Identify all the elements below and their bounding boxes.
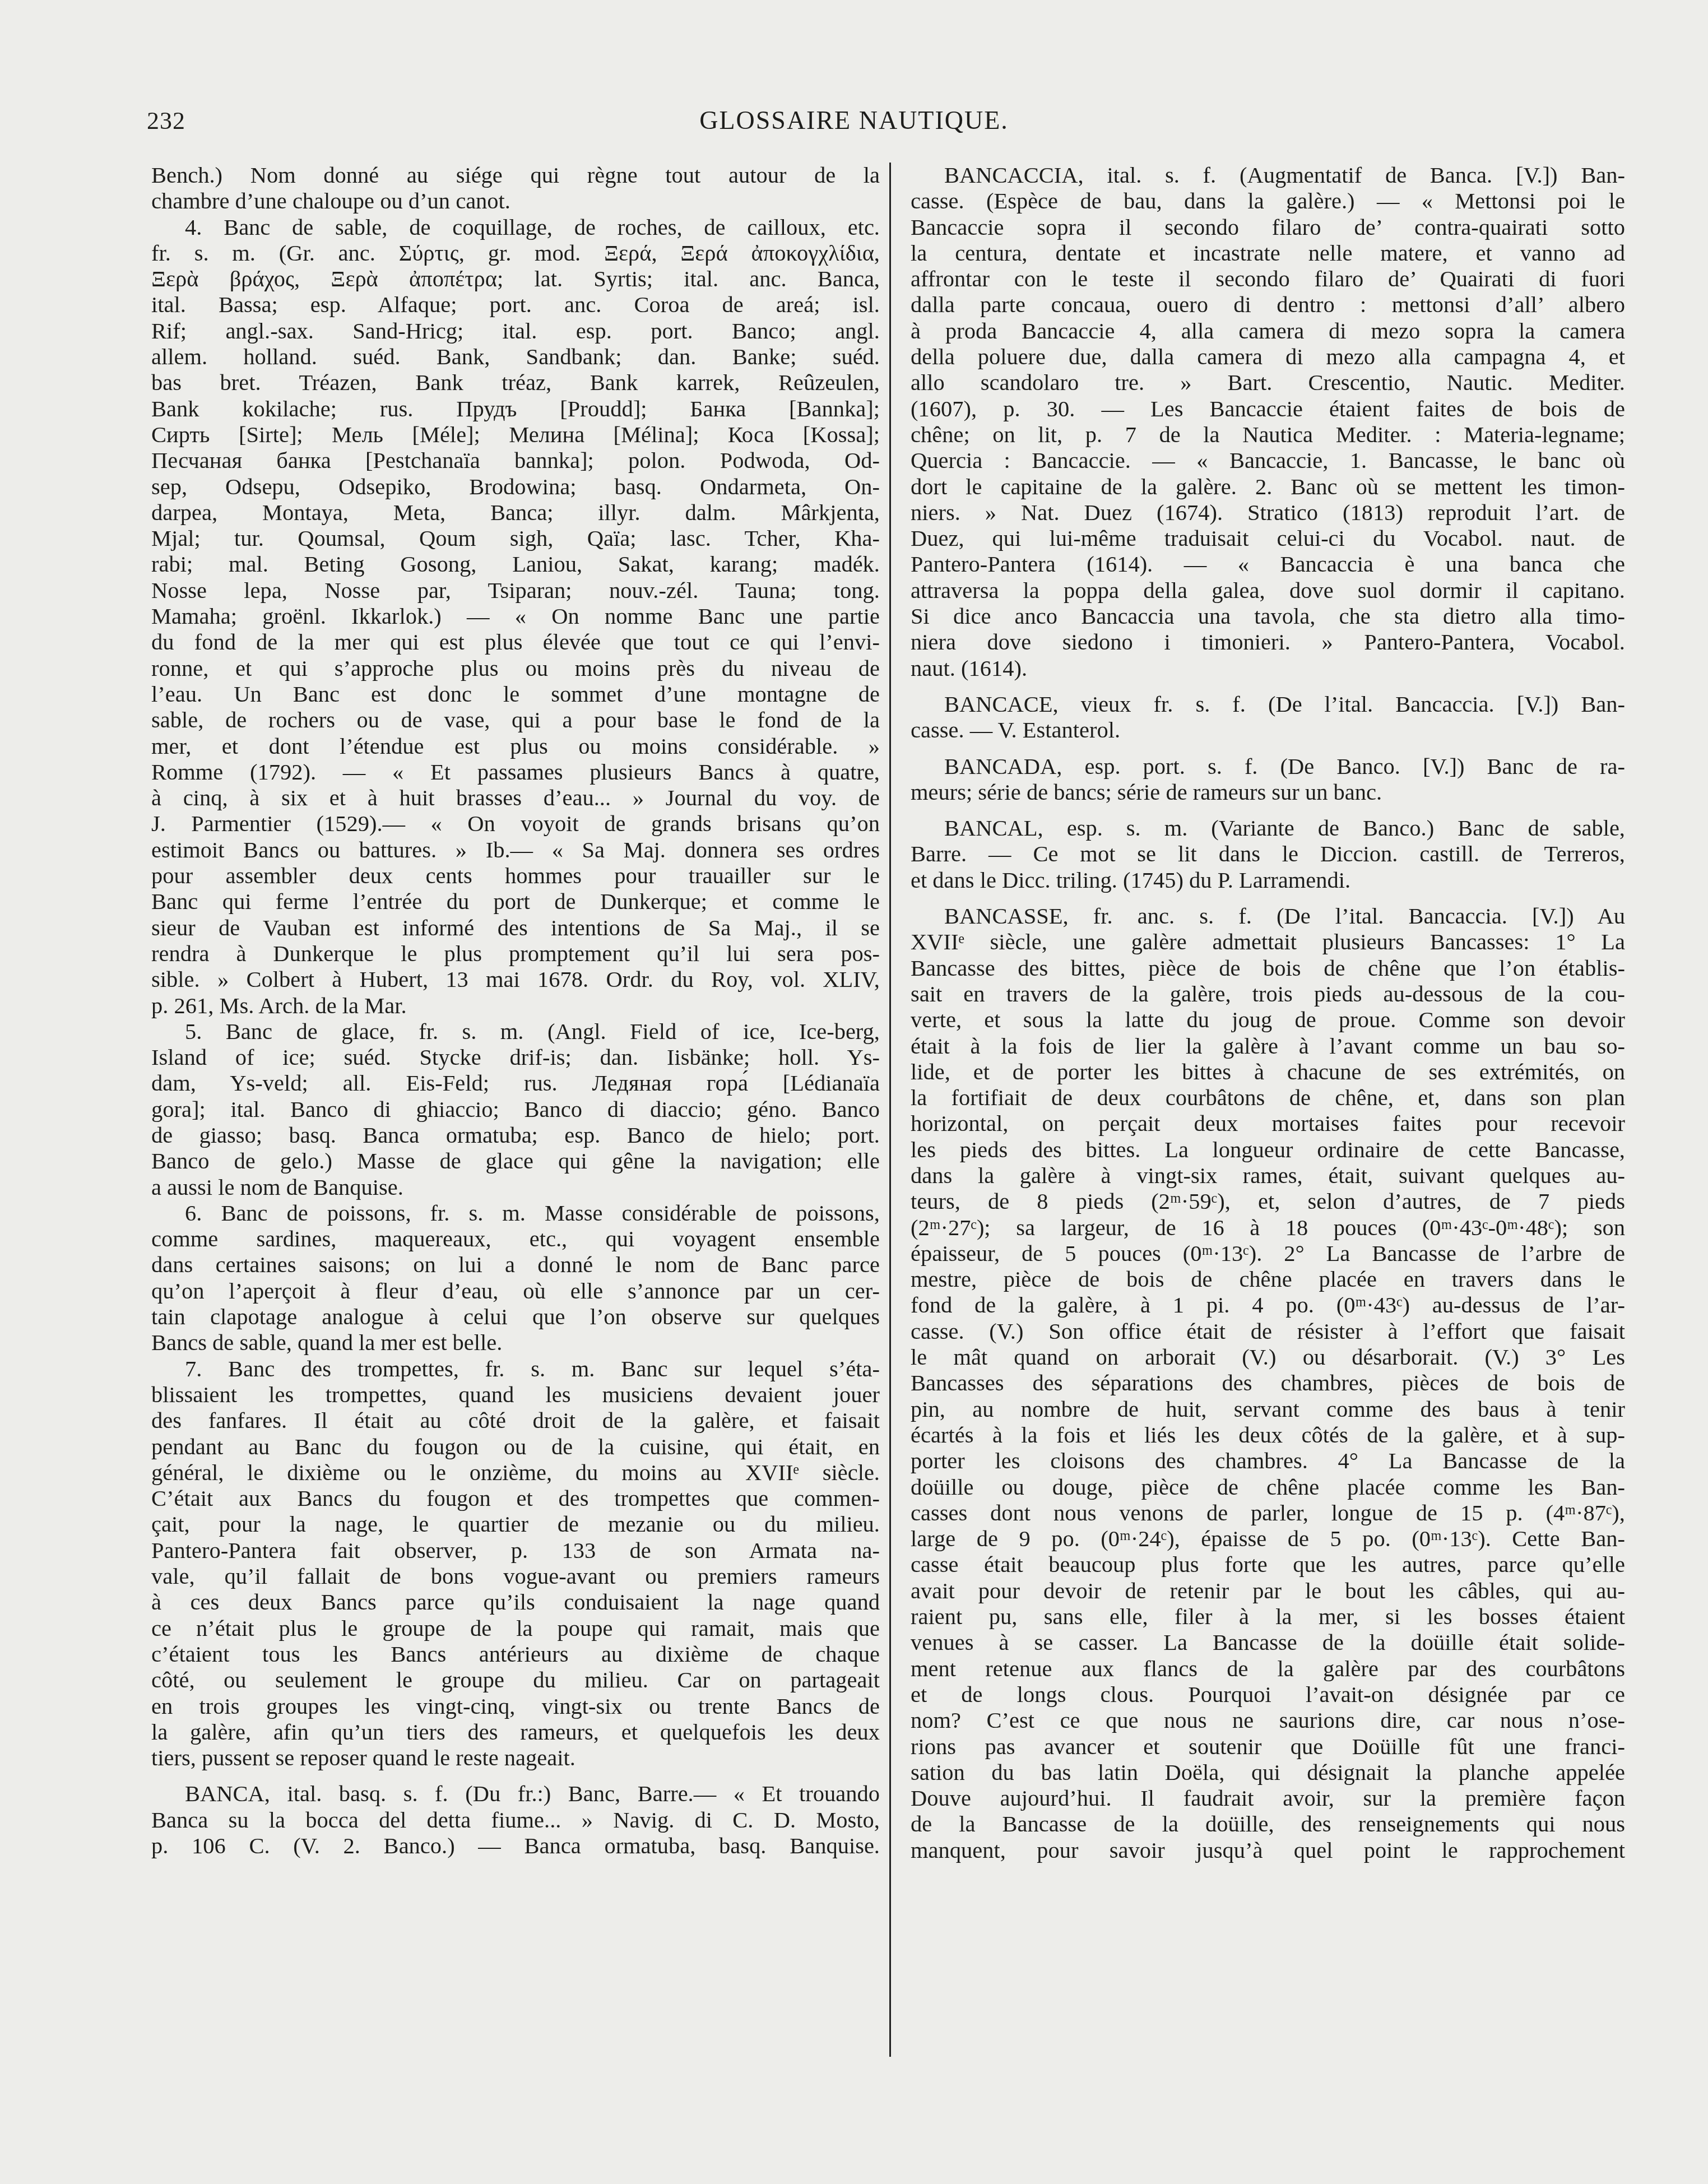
text-line: comme sardines, maquereaux, etc., qui vo… [151,1226,880,1252]
text-line: Banca su la bocca del detta fiume... » N… [151,1807,880,1833]
entry-heading-line: BANCA, ital. basq. s. f. (Du fr.:) Banc,… [151,1781,880,1807]
text-line: qu’on l’aperçoit à fleur d’eau, où elle … [151,1278,880,1304]
text-line: lide, et de porter les bittes à chacune … [911,1059,1625,1085]
text-line: (1607), p. 30. — Les Bancaccie étaient f… [911,396,1625,422]
text-line: manquent, pour savoir jusqu’à quel point… [911,1838,1625,1863]
text-line: a aussi le nom de Banquise. [151,1175,880,1200]
text-line: casse. (V.) Son office était de résister… [911,1319,1625,1344]
text-line: le mât quand on arborait (V.) ou désarbo… [911,1344,1625,1370]
text-line: verte, et sous la latte du joug de proue… [911,1007,1625,1033]
text-line: sation du bas latin Doëla, qui désignait… [911,1760,1625,1786]
text-line: Ξερὰ βράχος, Ξερὰ ἀποπέτρα; lat. Syrtis;… [151,266,880,292]
text-line: l’eau. Un Banc est donc le sommet d’une … [151,681,880,707]
text-line: affrontar con le teste il secondo filaro… [911,266,1625,292]
text-line: attraversa la poppa della galea, dove su… [911,578,1625,604]
text-line: de giasso; basq. Banca ormatuba; esp. Ba… [151,1123,880,1148]
entry-heading-line: BANCAL, esp. s. m. (Variante de Banco.) … [911,815,1625,841]
text-line: doüille ou douge, pièce de chêne placée … [911,1474,1625,1500]
text-line: dans la galère à vingt-six rames, était,… [911,1163,1625,1189]
text-line: Nosse lepa, Nosse par, Tsiparan; nouv.-z… [151,578,880,604]
text-line: ital. Bassa; esp. Alfaque; port. anc. Co… [151,292,880,318]
text-line: casses dont nous venons de parler, longu… [911,1500,1625,1526]
text-line: du fond de la mer qui est plus élevée qu… [151,629,880,655]
text-line: venues à se casser. La Bancasse de la do… [911,1630,1625,1656]
text-line: XVIIᵉ siècle, une galère admettait plusi… [911,929,1625,955]
text-line: Mamaha; groënl. Ikkarlok.) — « On nomme … [151,604,880,629]
text-line: Romme (1792). — « Et passames plusieurs … [151,759,880,785]
text-line: niera dove siedono i timonieri. » Panter… [911,629,1625,655]
text-line: darpea, Montaya, Meta, Banca; illyr. dal… [151,500,880,526]
text-line: sible. » Colbert à Hubert, 13 mai 1678. … [151,967,880,993]
entry-heading-line: 5. Banc de glace, fr. s. m. (Angl. Field… [151,1019,880,1045]
text-line: estimoit Bancs ou battures. » Ib.— « Sa … [151,837,880,863]
left-column: Bench.) Nom donné au siége qui règne tou… [151,163,880,1859]
text-line: à cinq, à six et à huit brasses d’eau...… [151,785,880,811]
text-line: chambre d’une chaloupe ou d’un canot. [151,188,880,214]
text-line: horizontal, on perçait deux mortaises fa… [911,1111,1625,1137]
text-line: meurs; série de bancs; série de rameurs … [911,780,1625,805]
text-line: della poluere due, dalla camera di mezo … [911,344,1625,370]
text-line: fr. s. m. (Gr. anc. Σύρτις, gr. mod. Ξερ… [151,240,880,266]
text-line: était à la fois de lier la galère à l’av… [911,1033,1625,1059]
entry-heading-line: BANCACCIA, ital. s. f. (Augmentatif de B… [911,163,1625,188]
text-line: bas bret. Tréazen, Bank tréaz, Bank karr… [151,370,880,396]
text-line: tiers, pussent se reposer quand le reste… [151,1745,880,1771]
text-line: Banco de gelo.) Masse de glace qui gêne … [151,1148,880,1174]
text-line: en trois groupes les vingt-cinq, vingt-s… [151,1694,880,1719]
text-line: dam, Ys-veld; all. Eis-Feld; rus. Ледяна… [151,1070,880,1096]
text-line: teurs, de 8 pieds (2ᵐ·59ᶜ), et, selon d’… [911,1189,1625,1214]
text-line: Bench.) Nom donné au siége qui règne tou… [151,163,880,188]
text-line: niers. » Nat. Duez (1674). Stratico (181… [911,500,1625,526]
text-line: la fortifiait de deux courbâtons de chên… [911,1085,1625,1111]
text-line: J. Parmentier (1529).— « On voyoit de gr… [151,811,880,837]
text-line: allo scandolaro tre. » Bart. Crescentio,… [911,370,1625,396]
text-line: dalla parte concaua, ouero di dentro : m… [911,292,1625,318]
text-line: Bancaccie sopra il secondo filaro de’ co… [911,215,1625,240]
text-line: ce n’était plus le groupe de la poupe qu… [151,1616,880,1642]
text-line: chêne; on lit, p. 7 de la Nautica Medite… [911,422,1625,448]
text-line: blissaient les trompettes, quand les mus… [151,1382,880,1408]
text-line: C’était aux Bancs du fougon et des tromp… [151,1486,880,1511]
text-line: côté, ou seulement le groupe du milieu. … [151,1667,880,1693]
running-title: GLOSSAIRE NAUTIQUE. [0,105,1708,135]
entry-gap [911,744,1625,754]
text-line: (2ᵐ·27ᶜ); sa largeur, de 16 à 18 pouces … [911,1215,1625,1241]
text-line: Banc qui ferme l’entrée du port de Dunke… [151,889,880,915]
text-line: rendra à Dunkerque le plus promptement q… [151,941,880,967]
entry-heading-line: BANCADA, esp. port. s. f. (De Banco. [V.… [911,754,1625,780]
text-line: rabi; mal. Beting Gosong, Laniou, Sakat,… [151,551,880,577]
text-line: Island of ice; suéd. Stycke drif-is; dan… [151,1045,880,1070]
entry-heading-line: BANCACE, vieux fr. s. f. (De l’ital. Ban… [911,692,1625,717]
text-line: les pieds des bittes. La longueur ordina… [911,1137,1625,1163]
text-line: casse était beaucoup plus forte que les … [911,1552,1625,1578]
text-line: pin, au nombre de huit, servant comme de… [911,1397,1625,1422]
text-line: Песчаная банка [Pestchanaïa bannka]; pol… [151,448,880,474]
text-line: Bancs de sable, quand la mer est belle. [151,1330,880,1356]
text-line: la galère, afin qu’un tiers des rameurs,… [151,1719,880,1745]
text-line: Bank kokilache; rus. Прудъ [Proudd]; Бан… [151,396,880,422]
text-line: Pantero-Pantera (1614). — « Bancaccia è … [911,551,1625,577]
text-line: p. 106 C. (V. 2. Banco.) — Banca ormatub… [151,1833,880,1859]
text-line: sep, Odsepu, Odsepiko, Brodowina; basq. … [151,474,880,500]
entry-heading-line: BANCASSE, fr. anc. s. f. (De l’ital. Ban… [911,903,1625,929]
text-line: mer, et dont l’étendue est plus ou moins… [151,734,880,759]
text-line: général, le dixième ou le onzième, du mo… [151,1460,880,1486]
text-line: casse. — V. Estanterol. [911,717,1625,743]
text-line: sieur de Vauban est informé des intentio… [151,915,880,941]
text-line: çait, pour la nage, le quartier de mezan… [151,1511,880,1537]
text-line: p. 261, Ms. Arch. de la Mar. [151,993,880,1019]
text-line: Rif; angl.-sax. Sand-Hricg; ital. esp. p… [151,318,880,344]
text-line: pour assembler deux cents hommes pour tr… [151,863,880,889]
text-line: écartés à la fois et liés les deux côtés… [911,1422,1625,1448]
text-line: Duez, qui lui-même traduisait celui-ci d… [911,526,1625,551]
text-line: c’étaient tous les Bancs antérieurs au d… [151,1642,880,1667]
text-line: Bancasses des séparations des chambres, … [911,1370,1625,1396]
text-line: rions pas avancer et soutenir que Doüill… [911,1734,1625,1760]
right-column: BANCACCIA, ital. s. f. (Augmentatif de B… [911,163,1625,1863]
text-line: Si dice anco Bancaccia una tavola, che s… [911,604,1625,629]
text-line: Barre. — Ce mot se lit dans le Diccion. … [911,841,1625,867]
text-line: pendant au Banc du fougon ou de la cuisi… [151,1434,880,1460]
text-line: ronne, et qui s’approche plus ou moins p… [151,656,880,681]
text-line: nom? C’est ce que nous ne saurions dire,… [911,1708,1625,1733]
text-line: Douve aujourd’hui. Il faudrait avoir, su… [911,1786,1625,1811]
entry-gap [911,893,1625,903]
text-line: porter les cloisons des chambres. 4° La … [911,1448,1625,1474]
text-line: sait en travers de la galère, trois pied… [911,981,1625,1007]
text-line: épaisseur, de 5 pouces (0ᵐ·13ᶜ). 2° La B… [911,1241,1625,1267]
entry-heading-line: 7. Banc des trompettes, fr. s. m. Banc s… [151,1356,880,1382]
entry-heading-line: 4. Banc de sable, de coquillage, de roch… [151,215,880,240]
text-line: Pantero-Pantera fait observer, p. 133 de… [151,1538,880,1564]
text-line: raient pu, sans elle, filer à la mer, si… [911,1604,1625,1630]
text-line: des fanfares. Il était au côté droit de … [151,1408,880,1434]
text-line: allem. holland. suéd. Bank, Sandbank; da… [151,344,880,370]
text-line: sable, de rochers ou de vase, qui a pour… [151,707,880,733]
text-line: casse. (Espèce de bau, dans la galère.) … [911,188,1625,214]
entry-gap [911,681,1625,692]
text-line: fond de la galère, à 1 pi. 4 po. (0ᵐ·43ᶜ… [911,1292,1625,1318]
text-line: Quercia : Bancaccie. — « Bancaccie, 1. B… [911,448,1625,474]
text-line: avait pour devoir de retenir par le bout… [911,1578,1625,1604]
text-line: à ces deux Bancs parce qu’ils conduisaie… [151,1589,880,1615]
text-line: large de 9 po. (0ᵐ·24ᶜ), épaisse de 5 po… [911,1526,1625,1552]
entry-heading-line: 6. Banc de poissons, fr. s. m. Masse con… [151,1200,880,1226]
entry-gap [151,1771,880,1781]
text-line: dans certaines saisons; on lui a donné l… [151,1252,880,1278]
text-line: vale, qu’il fallait de bons vogue-avant … [151,1564,880,1589]
text-line: dort le capitaine de la galère. 2. Banc … [911,474,1625,500]
text-line: naut. (1614). [911,656,1625,681]
text-line: ment retenue aux flancs de la galère par… [911,1656,1625,1682]
text-line: et dans le Dicc. triling. (1745) du P. L… [911,868,1625,893]
text-line: de la Bancasse de la doüille, des rensei… [911,1811,1625,1837]
text-line: la centura, dentate et incastrate nelle … [911,240,1625,266]
text-line: à proda Bancaccie 4, alla camera di mezo… [911,318,1625,344]
entry-gap [911,805,1625,815]
column-divider [889,163,891,2057]
text-line: gora]; ital. Banco di ghiaccio; Banco di… [151,1097,880,1123]
text-line: mestre, pièce de bois de chêne placée en… [911,1267,1625,1292]
text-line: Сирть [Sirte]; Мель [Méle]; Мелина [Méli… [151,422,880,448]
text-line: tain clapotage analogue à celui que l’on… [151,1304,880,1330]
text-line: Mjal; tur. Qoumsal, Qoum sigh, Qaïa; las… [151,526,880,551]
text-line: et de longs clous. Pourquoi l’avait-on d… [911,1682,1625,1708]
text-line: Bancasse des bittes, pièce de bois de ch… [911,956,1625,981]
